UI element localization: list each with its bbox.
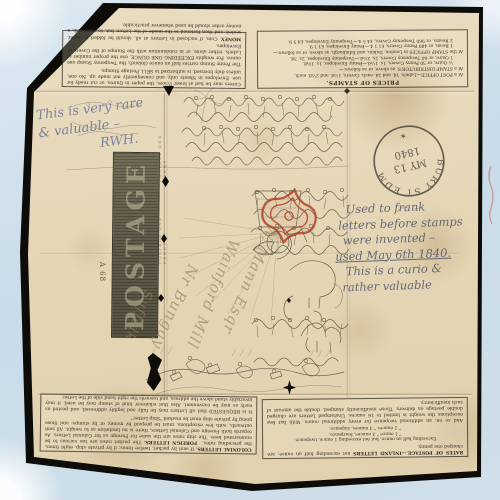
panel-paragraph: RATES OF POSTAGE.—INLAND LETTERS not exc… xyxy=(267,442,463,456)
stereo-number: A 68 xyxy=(98,262,106,282)
money-rest: Coin, if enclosed in Letters at all, sho… xyxy=(67,22,241,40)
panel-paragraph: The Penny Stamp carries half an ounce (I… xyxy=(67,40,241,66)
panel-money-instructions: Covers may be had at lower Prices, the p… xyxy=(62,30,247,89)
panel-paragraph: It is REQUESTED that all Letters may be … xyxy=(45,392,252,413)
maltese-cross-cancel xyxy=(252,179,326,253)
panel-prices-of-stamps: PRICES OF STAMPS. At a POST OFFICE—Label… xyxy=(257,29,468,88)
panel-paragraph: MONEY. Coin, if enclosed in Letters at a… xyxy=(67,20,241,40)
postmark-bottom-ornament: ✶ xyxy=(399,130,408,141)
foreign-lead: FOREIGN LETTERS. xyxy=(144,439,197,445)
prices-heading: PRICES OF STAMPS. xyxy=(262,77,463,86)
pencil-note-right: Used to frank letters before stamps were… xyxy=(331,197,494,296)
panel-colonial-foreign-letters: COLONIAL LETTERS. If sent by packet, twe… xyxy=(40,393,258,454)
panel-rates-of-postage: RATES OF POSTAGE.—INLAND LETTERS not exc… xyxy=(262,397,469,459)
panel-paragraph: COLONIAL LETTERS. If sent by packet, twe… xyxy=(45,412,252,451)
money-lead: MONEY. xyxy=(220,35,241,40)
rates-lead: RATES OF POSTAGE.—INLAND LETTERS xyxy=(353,449,463,455)
colonial-lead: COLONIAL LETTERS. xyxy=(196,446,252,452)
panel-paragraph: Covers may be had at lower Prices, the p… xyxy=(67,66,241,86)
auction-photo-background: Covers may be had at lower Prices, the p… xyxy=(0,0,500,500)
panel-paragraph: And so on; an additional twopence for ev… xyxy=(267,398,463,424)
